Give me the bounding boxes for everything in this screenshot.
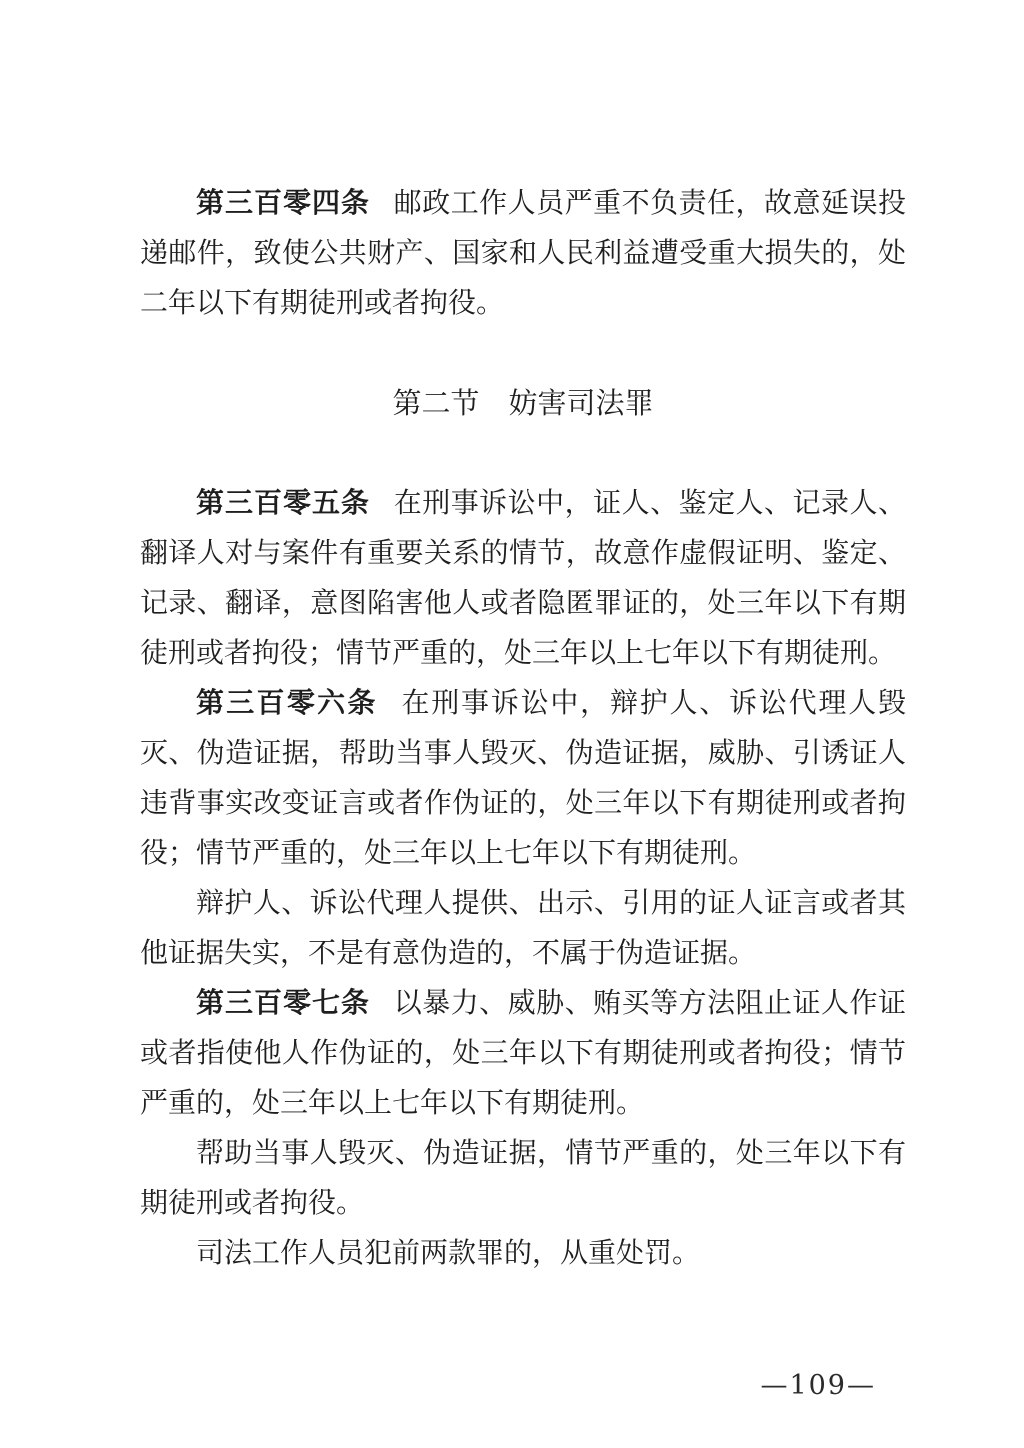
document-page: 第三百零四条邮政工作人员严重不负责任，故意延误投递邮件，致使公共财产、国家和人民… — [0, 0, 1024, 1448]
document-body: 第三百零四条邮政工作人员严重不负责任，故意延误投递邮件，致使公共财产、国家和人民… — [140, 178, 906, 1278]
article-number: 第三百零六条 — [196, 686, 378, 719]
article-number: 第三百零四条 — [196, 186, 370, 219]
article-number: 第三百零五条 — [196, 486, 370, 519]
body-paragraph: 帮助当事人毁灭、伪造证据，情节严重的，处三年以下有期徒刑或者拘役。 — [140, 1128, 906, 1228]
article-paragraph: 第三百零五条在刑事诉讼中，证人、鉴定人、记录人、翻译人对与案件有重要关系的情节，… — [140, 478, 906, 678]
article-paragraph: 第三百零六条在刑事诉讼中，辩护人、诉讼代理人毁灭、伪造证据，帮助当事人毁灭、伪造… — [140, 678, 906, 878]
section-heading: 第二节 妨害司法罪 — [140, 378, 906, 428]
page-number: —109— — [760, 1370, 876, 1401]
article-paragraph: 第三百零七条以暴力、威胁、贿买等方法阻止证人作证或者指使他人作伪证的，处三年以下… — [140, 978, 906, 1128]
body-paragraph: 辩护人、诉讼代理人提供、出示、引用的证人证言或者其他证据失实，不是有意伪造的，不… — [140, 878, 906, 978]
body-paragraph: 司法工作人员犯前两款罪的，从重处罚。 — [140, 1228, 906, 1278]
article-paragraph: 第三百零四条邮政工作人员严重不负责任，故意延误投递邮件，致使公共财产、国家和人民… — [140, 178, 906, 328]
article-number: 第三百零七条 — [196, 986, 370, 1019]
